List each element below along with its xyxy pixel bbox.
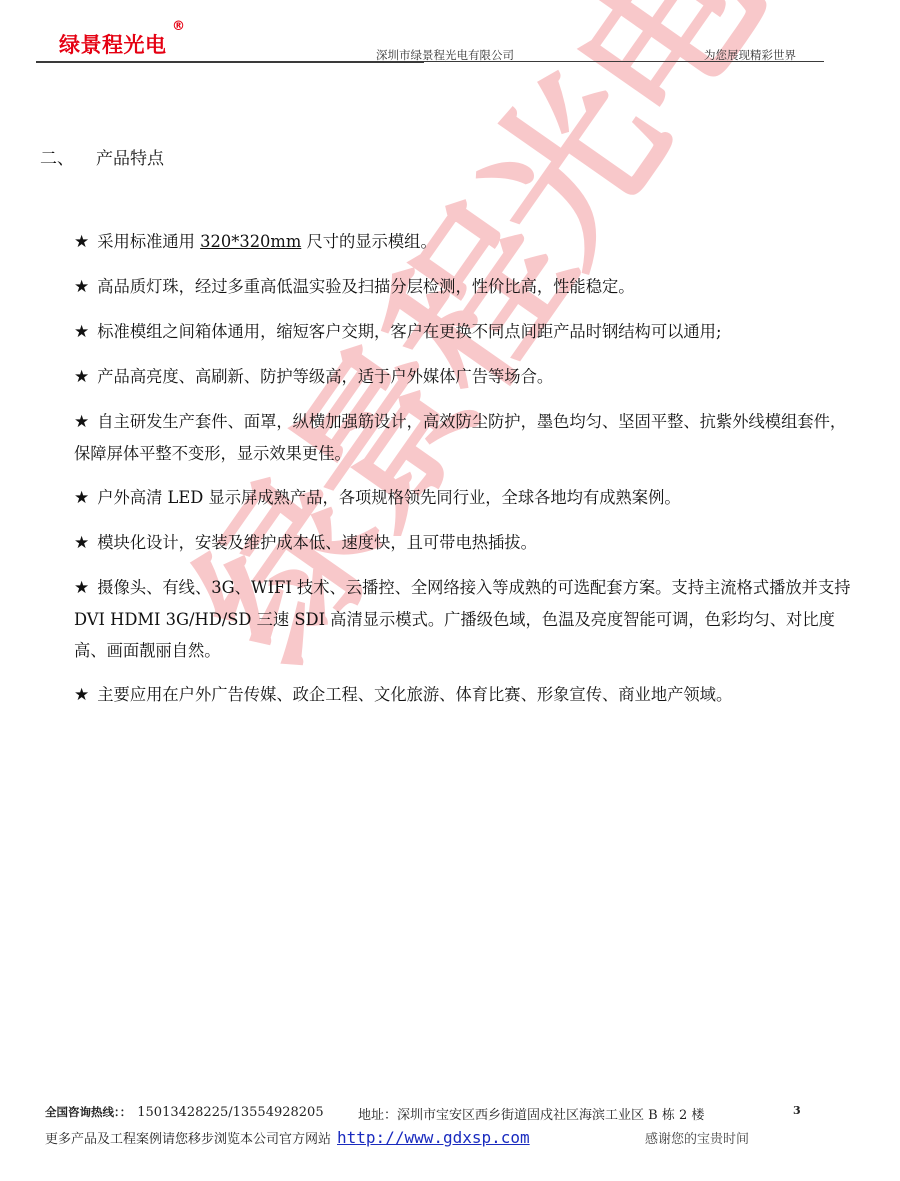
feature-text: 摄像头、有线、3G、WIFI 技术、云播控、全网络接入等成熟的可选配套方案。支持…: [74, 578, 851, 660]
hotline-label: 全国咨询热线：：: [45, 1105, 131, 1119]
feature-item: ★主要应用在户外广告传媒、政企工程、文化旅游、体育比赛、形象宣传、商业地产领域。: [74, 679, 854, 711]
section-heading: 二、产品特点: [40, 144, 164, 169]
feature-text: 主要应用在户外广告传媒、政企工程、文化旅游、体育比赛、形象宣传、商业地产领域。: [97, 685, 732, 704]
star-bullet-icon: ★: [74, 685, 89, 705]
feature-text: 标准模组之间箱体通用，缩短客户交期，客户在更换不同点间距产品时钢结构可以通用;: [97, 322, 721, 341]
feature-size-underlined: 320*320mm: [200, 232, 301, 251]
feature-item: ★模块化设计，安装及维护成本低、速度快，且可带电热插拔。: [74, 527, 854, 559]
feature-text: 高品质灯珠，经过多重高低温实验及扫描分层检测，性价比高，性能稳定。: [97, 277, 634, 296]
header-divider-thin: [424, 61, 824, 62]
feature-text: 尺寸的显示模组。: [301, 232, 436, 251]
feature-text: 模块化设计，安装及维护成本低、速度快，且可带电热插拔。: [97, 533, 537, 552]
website-prompt: 更多产品及工程案例请您移步浏览本公司官方网站: [45, 1132, 331, 1147]
footer-address: 地址：深圳市宝安区西乡街道固戍社区海滨工业区 B 栋 2 楼: [358, 1104, 704, 1123]
star-bullet-icon: ★: [74, 277, 89, 297]
star-bullet-icon: ★: [74, 578, 89, 598]
feature-text: 产品高亮度、高刷新、防护等级高，适于户外媒体广告等场合。: [97, 367, 553, 386]
feature-text: 户外高清 LED 显示屏成熟产品，各项规格领先同行业，全球各地均有成熟案例。: [97, 488, 680, 507]
footer-contact-line: 全国咨询热线：：15013428225/13554928205: [45, 1104, 324, 1120]
section-number: 二、: [40, 144, 96, 169]
feature-item: ★标准模组之间箱体通用，缩短客户交期，客户在更换不同点间距产品时钢结构可以通用;: [74, 316, 854, 348]
feature-item: ★产品高亮度、高刷新、防护等级高，适于户外媒体广告等场合。: [74, 361, 854, 393]
feature-item: ★采用标准通用 320*320mm 尺寸的显示模组。: [74, 226, 854, 258]
footer-website-line: 更多产品及工程案例请您移步浏览本公司官方网站http://www.gdxsp.c…: [45, 1128, 530, 1147]
registered-mark-icon: ®: [172, 19, 185, 34]
feature-item: ★户外高清 LED 显示屏成熟产品，各项规格领先同行业，全球各地均有成熟案例。: [74, 482, 854, 514]
feature-list: ★采用标准通用 320*320mm 尺寸的显示模组。 ★高品质灯珠，经过多重高低…: [74, 226, 854, 724]
feature-item: ★自主研发生产套件、面罩，纵横加强筋设计，高效防尘防护，墨色均匀、坚固平整、抗紫…: [74, 406, 854, 469]
page-number: 3: [793, 1104, 801, 1117]
star-bullet-icon: ★: [74, 232, 89, 252]
section-title: 产品特点: [96, 149, 164, 169]
website-link[interactable]: http://www.gdxsp.com: [337, 1128, 530, 1147]
feature-text: 自主研发生产套件、面罩，纵横加强筋设计，高效防尘防护，墨色均匀、坚固平整、抗紫外…: [74, 412, 846, 463]
company-logo: 绿景程光电: [59, 29, 167, 59]
star-bullet-icon: ★: [74, 412, 89, 432]
header-divider: [36, 61, 424, 63]
feature-text: 采用标准通用: [97, 232, 200, 251]
star-bullet-icon: ★: [74, 322, 89, 342]
star-bullet-icon: ★: [74, 367, 89, 387]
feature-item: ★高品质灯珠，经过多重高低温实验及扫描分层检测，性价比高，性能稳定。: [74, 271, 854, 303]
footer-thanks: 感谢您的宝贵时间: [645, 1128, 749, 1147]
star-bullet-icon: ★: [74, 488, 89, 508]
star-bullet-icon: ★: [74, 533, 89, 553]
feature-item: ★摄像头、有线、3G、WIFI 技术、云播控、全网络接入等成熟的可选配套方案。支…: [74, 572, 854, 666]
hotline-numbers: 15013428225/13554928205: [137, 1105, 323, 1120]
document-page: 绿景程光电® 绿景程光电 ® 深圳市绿景程光电有限公司 为您展现精彩世界 二、产…: [0, 0, 900, 1181]
